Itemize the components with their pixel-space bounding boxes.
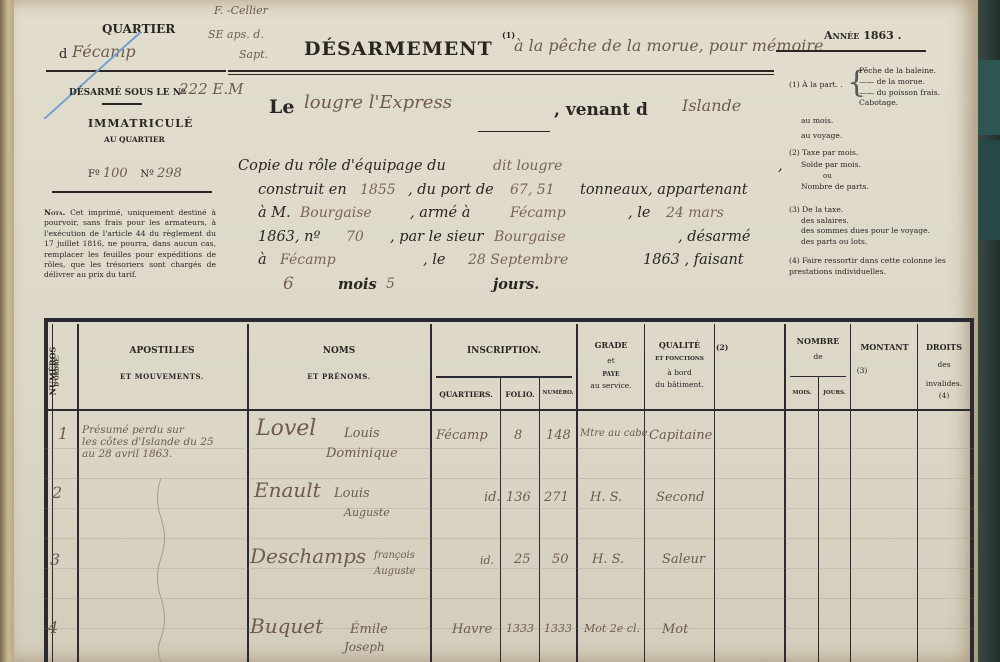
divider [102,103,142,105]
annee-value: 1863 . [863,29,901,42]
quartier-prefix: d [59,47,67,62]
qualite: Second [656,490,704,505]
copie-line-1: Copie du rôle d'équipage du dit lougre , [238,155,793,179]
nota-text: Cet imprimé, uniquement destiné à pourvo… [44,208,216,279]
folio: 8 [514,428,522,443]
sieur-value: Bourgaise [494,226,566,250]
copie-block: Copie du rôle d'équipage du dit lougre ,… [238,155,793,296]
qualite: Capitaine [649,428,712,443]
venant-label: , venant d [554,100,648,120]
grade: Mtre au cabe [580,428,648,439]
col-folio: FOLIO. [501,390,539,399]
qualite: Saleur [662,552,705,567]
register-page: QUARTIER d Fécamp F. -Cellier SE aps. d.… [14,0,978,662]
le-label: Le [269,96,294,118]
top-annotation-2: SE aps. d. [208,28,264,41]
folio: 25 [514,552,531,567]
desarme-label: DÉSARMÉ SOUS LE Nº [69,88,185,98]
first-name: Émile [350,622,388,637]
col-droits: DROITS des invalides. (4) [918,342,970,400]
col-apostilles: APOSTILLES ET MOUVEMENTS. [78,346,246,381]
desarme-value: 222 E.M [179,80,243,98]
vessel-type-value: dit lougre [493,155,562,179]
annee-rule [776,50,926,52]
folio-numero: Fº 100 Nº 298 [88,166,182,181]
first-name: françois [374,550,415,561]
copie-line-4: 1863, nº 70 , par le sieur Bourgaise , d… [238,226,793,250]
surname: Enault [254,478,321,502]
role-number-value: 70 [346,226,364,250]
venant-value: Islande [682,96,741,115]
col-noms: NOMS ET PRÉNOMS. [248,346,430,381]
quartier: Fécamp [436,428,488,443]
armed-date-value: 24 mars [666,202,724,226]
surname: Buquet [250,614,323,638]
copie-line-5: à Fécamp , le 28 Septembre 1863 , faisan… [238,249,793,273]
surname: Deschamps [250,544,366,568]
top-annotation-3: Sapt. [239,48,268,61]
first-name-2: Dominique [326,446,398,461]
numero: 50 [552,552,569,567]
title-rule [228,70,774,72]
folio-label: Fº [88,169,100,180]
col-numero: NUMÉRO. [540,390,576,396]
disarmed-at-value: Fécamp [280,249,336,273]
col-inscription: INSCRIPTION. [432,346,576,356]
apostille: Présumé perdu sur les côtes d'Islande du… [82,424,214,460]
nota-label: Nota. [44,208,65,217]
first-name-2: Auguste [344,506,390,519]
col-numeros: NUMÉROS D'ORDRE. [46,338,76,408]
numero-label: Nº [140,169,153,180]
note-1: (1) À la part. . { Pêche de la baleine. … [789,66,979,112]
ship-name-value: lougre l'Express [304,92,452,113]
months-value: 6 [283,273,294,297]
armed-at-value: Fécamp [510,202,566,226]
first-name: Louis [344,426,380,441]
quartier: id. [480,554,494,567]
annee: Année 1863 . [824,29,901,42]
divider [46,70,226,72]
crew-table: NUMÉROS D'ORDRE. APOSTILLES ET MOUVEMENT… [44,318,974,662]
copie-line-6: 6 mois 5 jours. [238,273,793,297]
col-jours: JOURS. [819,390,850,396]
folio: 1333 [506,622,534,635]
immatricule-label: IMMATRICULÉ [88,117,193,130]
col-note3: (3) [852,366,872,375]
col-quartiers: QUARTIERS. [432,390,500,399]
days-value: 5 [386,273,395,297]
grade: Mot 2e cl. [584,622,640,635]
col-mois: MOIS. [786,390,818,396]
wavy-line-mark [154,478,168,662]
copie-line-3: à M. Bourgaise , armé à Fécamp , le 24 m… [238,202,793,226]
first-name: Louis [334,486,370,501]
qualite: Mot [662,622,688,637]
peche-value: à la pêche de la morue, pour mémoire [514,36,823,55]
numero: 148 [546,428,571,443]
quartier: Havre [452,622,492,637]
first-name-2: Joseph [344,640,385,654]
col-note2: (2) [716,343,736,352]
document-title: DÉSARMEMENT [304,38,493,60]
au-quartier-label: AU QUARTIER [104,135,165,144]
top-annotation-1: F. -Cellier [214,4,268,17]
grade: H. S. [590,490,622,505]
numero-value: 298 [157,166,182,181]
numero: 271 [544,490,569,505]
col-grade: GRADE et PAYE au service. [578,340,644,390]
folio-value: 100 [103,166,128,181]
divider [478,131,550,132]
col-montant: MONTANT [852,342,917,352]
annee-label: Année [824,29,859,42]
owner-value: Bourgaise [300,202,372,226]
grade: H. S. [592,552,624,567]
col-qualite: QUALITÉ ET FONCTIONS à bord du bâtiment. [645,340,714,389]
tonnage-value: 67, 51 [510,179,555,203]
divider [52,191,212,193]
first-name-2: Auguste [374,566,416,577]
nota-block: Nota. Cet imprimé, uniquement destiné à … [44,208,216,281]
col-nombre: NOMBRE de [786,336,850,361]
disarmed-date-value: 28 Septembre [468,249,568,273]
numero: 1333 [544,622,572,635]
folio: 136 [506,490,531,505]
built-year-value: 1855 [360,179,396,203]
copie-line-2: construit en 1855 , du port de 67, 51 to… [238,179,793,203]
margin-notes: (1) À la part. . { Pêche de la baleine. … [789,66,979,278]
title-rule-2 [228,74,774,75]
quartier: id. [484,490,501,505]
surname: Lovel [256,416,316,441]
